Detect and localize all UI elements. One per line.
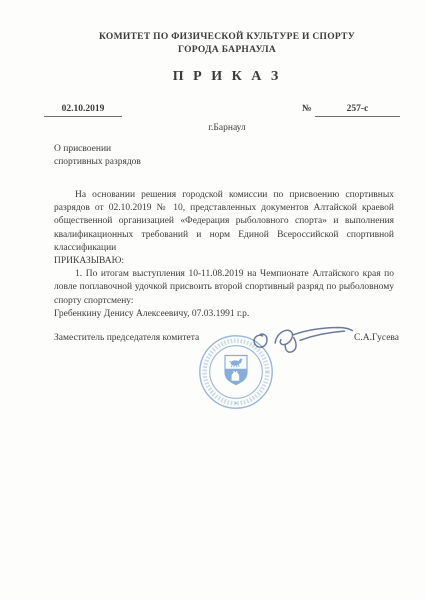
organization-line1: КОМИТЕТ ПО ФИЗИЧЕСКОЙ КУЛЬТУРЕ И СПОРТУ [28, 31, 426, 44]
subject-line2: спортивных разрядов [54, 156, 141, 169]
subject-line1: О присвоении [54, 143, 141, 156]
number-sign: № [302, 104, 312, 114]
order-item-1: 1. По итогам выступления 10-11.08.2019 н… [54, 268, 394, 308]
city-line: г.Барнаул [28, 123, 426, 133]
order-number: 257-с [315, 104, 400, 117]
barnaul-coat-of-arms [225, 356, 247, 385]
signatory-name: С.А.Гусева [354, 333, 399, 343]
subject-block: О присвоении спортивных разрядов [54, 143, 141, 169]
document-page: КОМИТЕТ ПО ФИЗИЧЕСКОЙ КУЛЬТУРЕ И СПОРТУ … [0, 0, 426, 600]
organization-line2: ГОРОДА БАРНАУЛА [28, 44, 426, 57]
signatory-title: Заместитель председателя комитета [54, 333, 199, 343]
order-date: 02.10.2019 [44, 104, 122, 117]
body-block: На основании решения городской комиссии … [54, 189, 394, 321]
seal-separator-dot [235, 402, 237, 404]
document-title: П Р И К А З [28, 69, 426, 85]
preamble-paragraph: На основании решения городской комиссии … [54, 189, 394, 255]
organization-header: КОМИТЕТ ПО ФИЗИЧЕСКОЙ КУЛЬТУРЕ И СПОРТУ … [28, 31, 426, 57]
decree-word: ПРИКАЗЫВАЮ: [54, 255, 394, 268]
handwritten-signature-icon [248, 318, 360, 362]
